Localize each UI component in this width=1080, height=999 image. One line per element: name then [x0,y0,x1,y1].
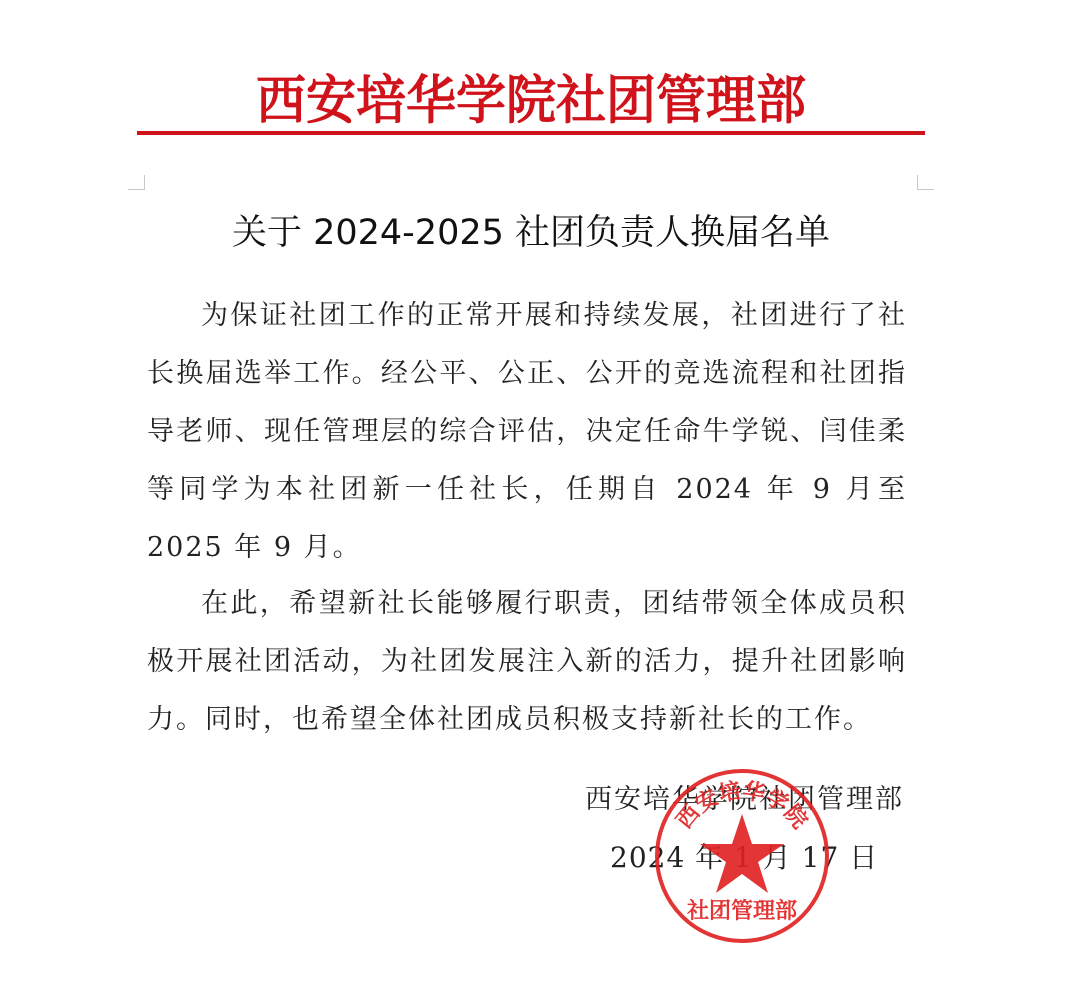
official-seal-stamp-icon: 西安培华学院 社团管理部 [652,766,832,946]
seal-star-icon [700,814,784,893]
letterhead-title: 西安培华学院社团管理部 [137,69,925,132]
letterhead-red-rule [137,131,925,135]
document-title: 关于 2024-2025 社团负责人换届名单 [137,208,925,258]
margin-corner-mark-left [128,175,145,190]
seal-bottom-text: 社团管理部 [686,898,797,924]
body-paragraph-2: 在此，希望新社长能够履行职责，团结带领全体成员积极开展社团活动，为社团发展注入新… [147,575,907,749]
margin-corner-mark-right [917,175,934,190]
body-paragraph-1: 为保证社团工作的正常开展和持续发展，社团进行了社长换届选举工作。经公平、公正、公… [147,287,907,577]
